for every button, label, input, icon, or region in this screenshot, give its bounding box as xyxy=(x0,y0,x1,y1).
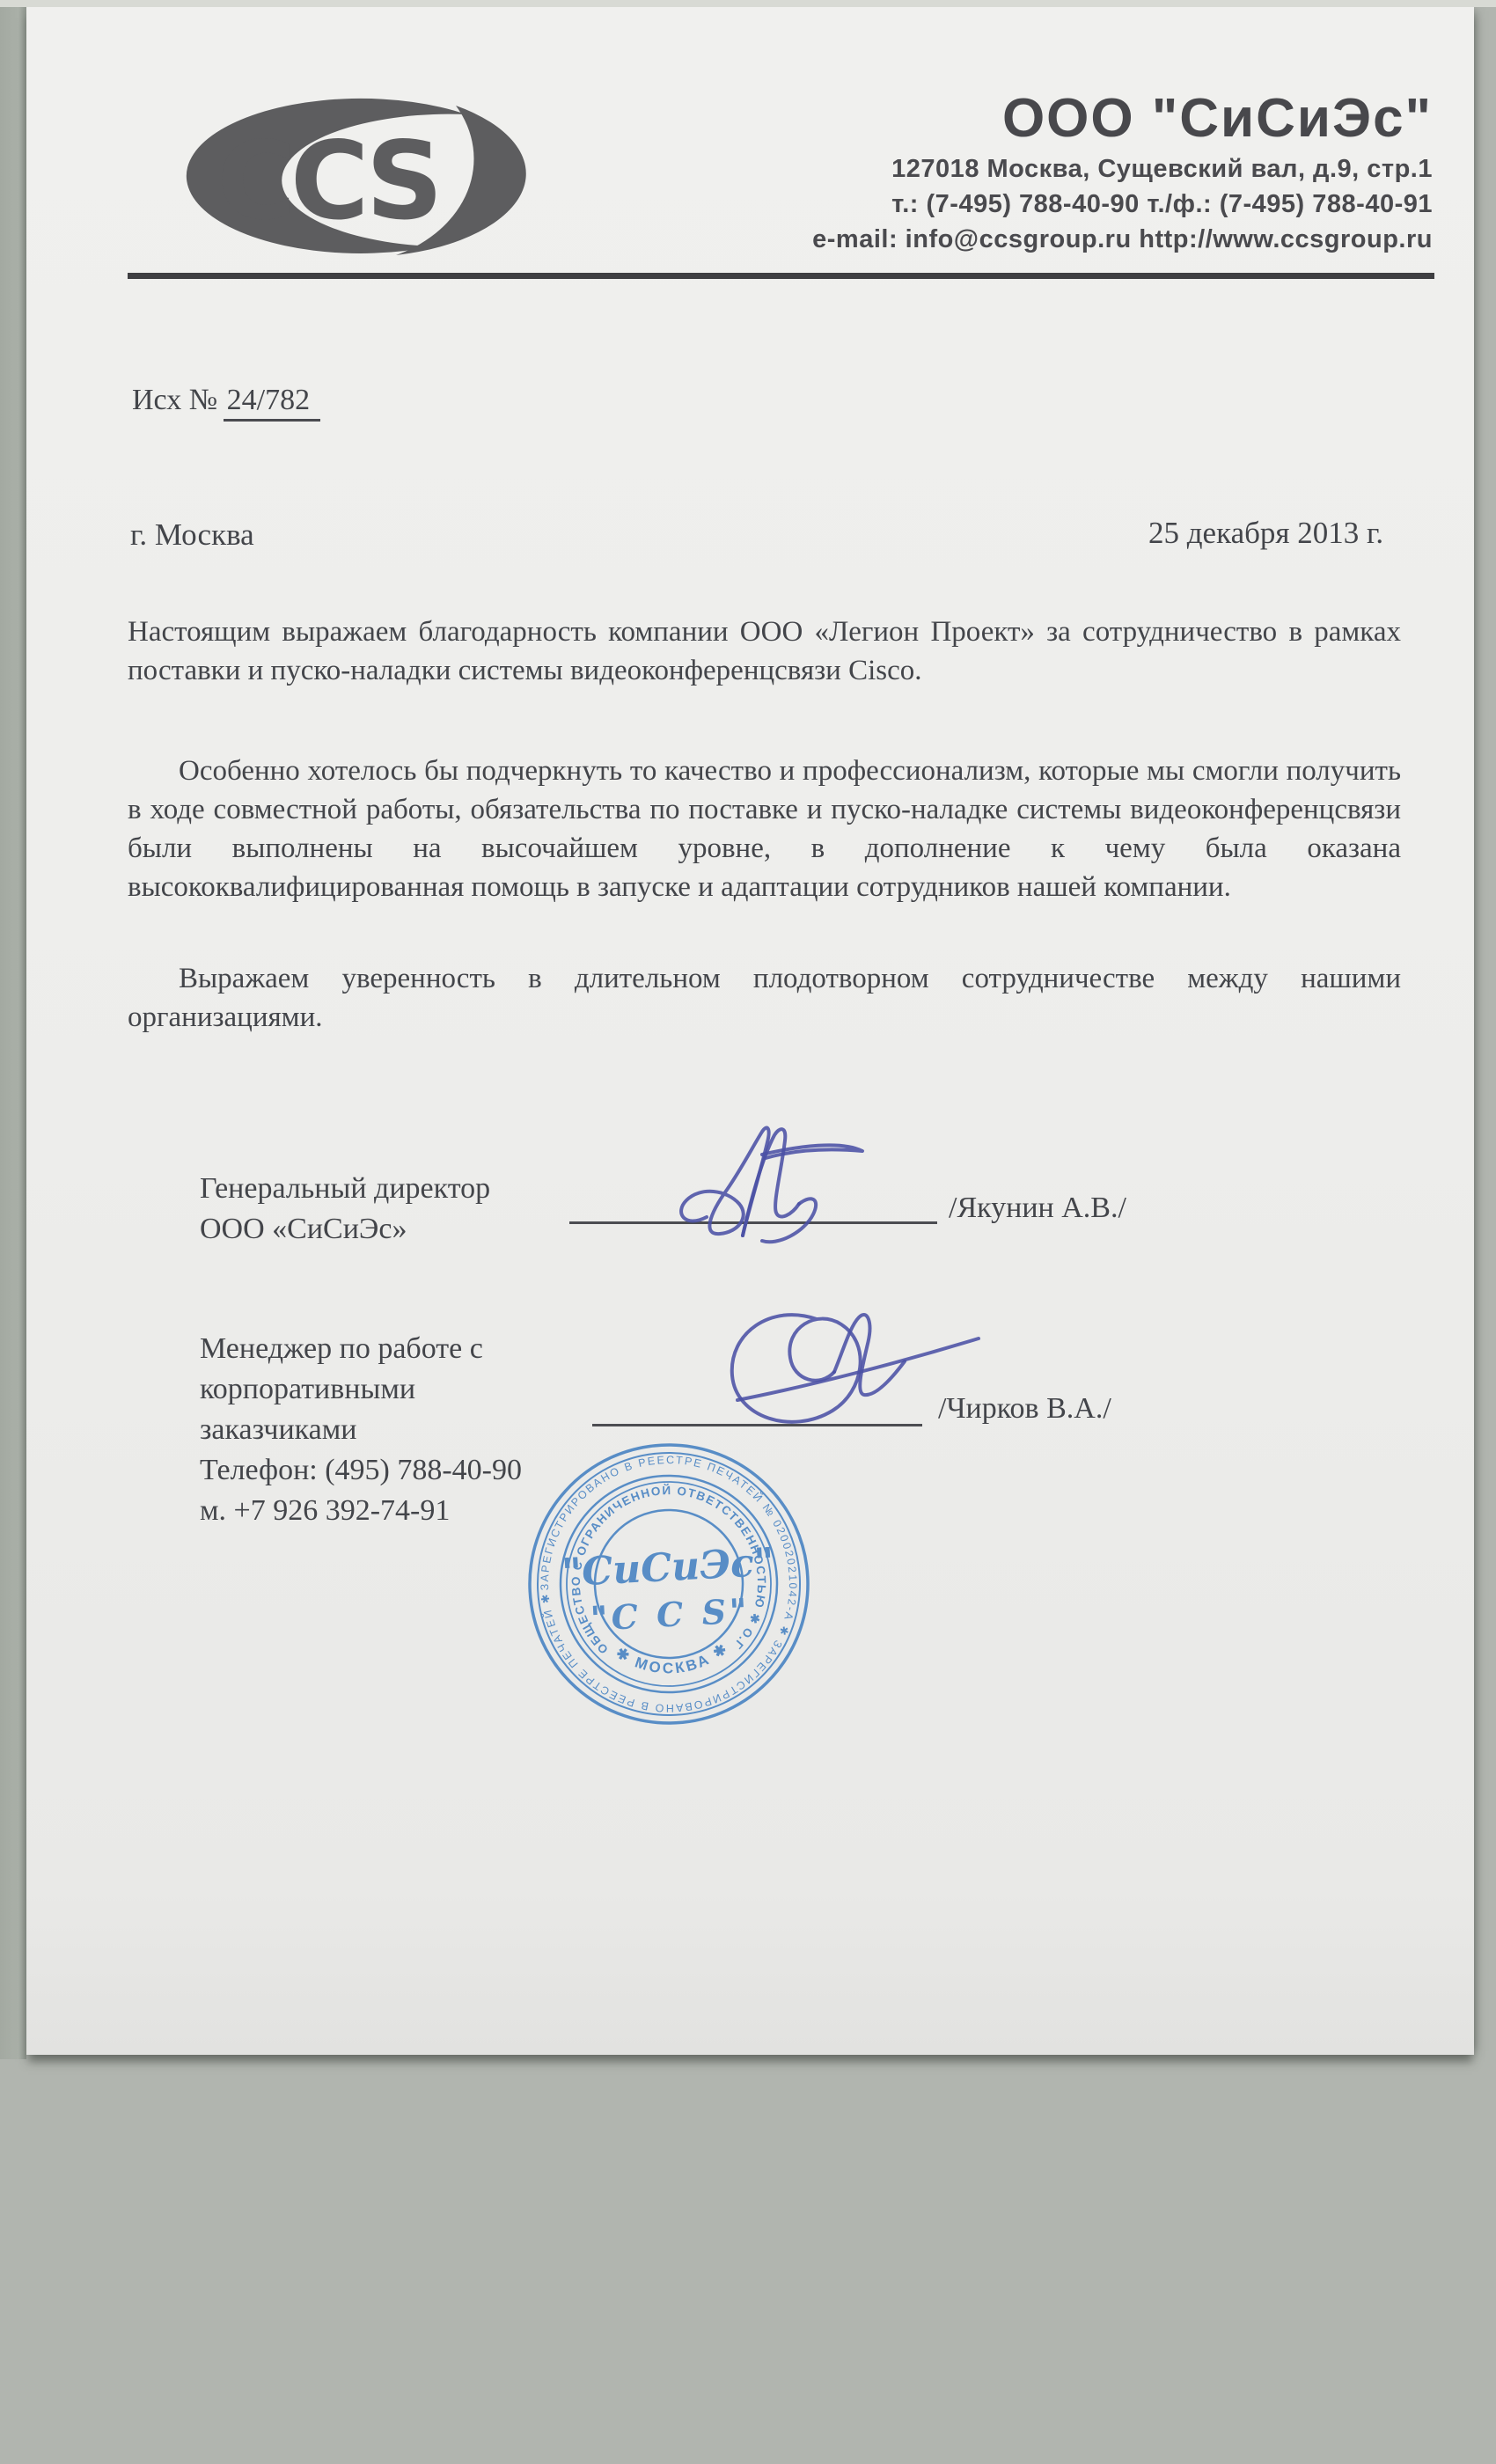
stamp-moscow-text: ✱ МОСКВА ✱ xyxy=(612,1639,733,1680)
director-signature-scribble xyxy=(658,1116,896,1252)
manager-name: /Чирков В.А./ xyxy=(938,1392,1111,1426)
manager-title-line-3: заказчиками xyxy=(200,1410,522,1450)
director-company: ООО «СиСиЭс» xyxy=(200,1209,490,1250)
company-stamp: ЗАРЕГИСТРИРОВАНО В РЕЕСТРЕ ПЕЧАТЕЙ № 020… xyxy=(513,1428,824,1739)
letter-paragraph-2: Особенно хотелось бы подчеркнуть то каче… xyxy=(128,752,1401,906)
letter-paragraph-3: Выражаем уверенность в длительном плодот… xyxy=(128,959,1401,1037)
company-name: ООО "СиСиЭс" xyxy=(812,92,1433,146)
outgoing-reference-number: 24/782 xyxy=(224,384,320,422)
letterhead: ООО "СиСиЭс" 127018 Москва, Сущевский ва… xyxy=(812,92,1433,257)
letter-page: CCS ООО "СиСиЭс" 127018 Москва, Сущевски… xyxy=(26,7,1474,2055)
ccs-logo-icon: CCS xyxy=(123,95,546,262)
city-text: г. Москва xyxy=(130,517,254,553)
scanned-letter: CCS ООО "СиСиЭс" 127018 Москва, Сущевски… xyxy=(0,0,1496,2464)
letter-paragraph-1: Настоящим выражаем благодарность компани… xyxy=(128,612,1401,690)
director-title-block: Генеральный директор ООО «СиСиЭс» xyxy=(200,1169,490,1250)
manager-title-line-2: корпоративными xyxy=(200,1369,522,1410)
manager-title-line-1: Менеджер по работе с xyxy=(200,1329,522,1369)
director-title: Генеральный директор xyxy=(200,1169,490,1209)
outgoing-reference-label: Исх № xyxy=(132,384,217,416)
manager-title-block: Менеджер по работе с корпоративными зака… xyxy=(200,1329,522,1531)
outgoing-reference: Исх № 24/782 xyxy=(132,384,320,422)
company-address: 127018 Москва, Сущевский вал, д.9, стр.1 xyxy=(812,151,1433,187)
company-phones: т.: (7-495) 788-40-90 т./ф.: (7-495) 788… xyxy=(812,187,1433,222)
manager-phone: Телефон: (495) 788-40-90 xyxy=(200,1450,522,1491)
company-email-web: e-mail: info@ccsgroup.ru http://www.ccsg… xyxy=(812,222,1433,257)
manager-mobile: м. +7 926 392-74-91 xyxy=(200,1491,522,1531)
stamp-center-name-en: "C C S" xyxy=(590,1590,752,1638)
ccs-logo-text: CCS xyxy=(216,119,437,244)
letter-date: 25 декабря 2013 г. xyxy=(1148,516,1383,551)
svg-text:✱ МОСКВА ✱: ✱ МОСКВА ✱ xyxy=(612,1639,733,1680)
director-name: /Якунин А.В./ xyxy=(949,1192,1126,1225)
letterhead-divider xyxy=(128,273,1434,279)
